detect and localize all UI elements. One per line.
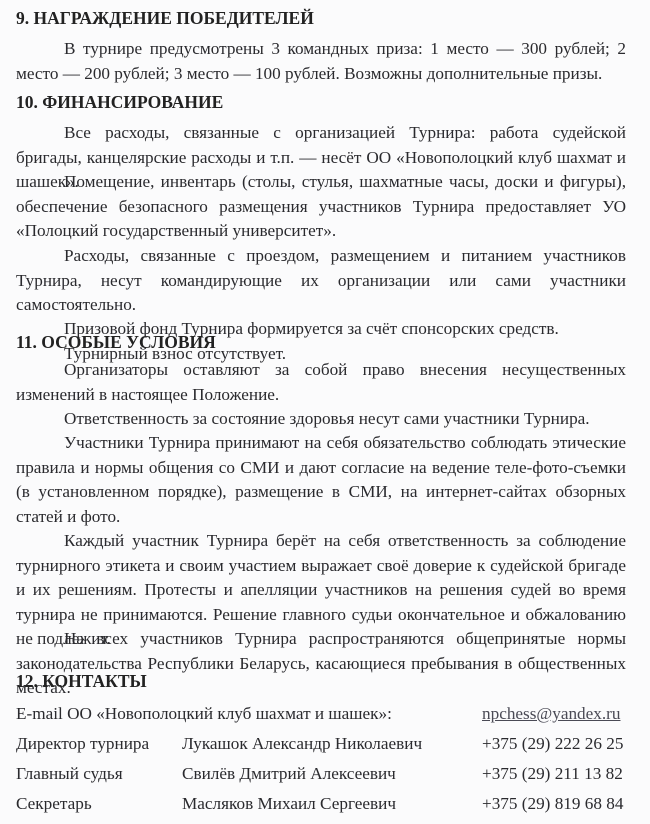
contact-phone: +375 (29) 211 13 82 bbox=[482, 764, 630, 784]
contact-email-row: E-mail ОО «Новополоцкий клуб шахмат и ша… bbox=[16, 699, 630, 729]
section-10-paragraph-3: Расходы, связанные с проездом, размещени… bbox=[16, 244, 626, 318]
contact-phone: +375 (29) 819 68 84 bbox=[482, 794, 630, 814]
section-9-title: 9. НАГРАЖДЕНИЕ ПОБЕДИТЕЛЕЙ bbox=[16, 8, 314, 29]
section-11-title: 11. ОСОБЫЕ УСЛОВИЯ bbox=[16, 332, 216, 353]
contact-row: Главный судья Свилёв Дмитрий Алексеевич … bbox=[16, 759, 630, 789]
contact-role: Секретарь bbox=[16, 794, 182, 814]
section-10-title: 10. ФИНАНСИРОВАНИЕ bbox=[16, 92, 223, 113]
contact-name: Масляков Михаил Сергеевич bbox=[182, 794, 482, 814]
contact-name: Свилёв Дмитрий Алексеевич bbox=[182, 764, 482, 784]
section-12-title: 12. КОНТАКТЫ bbox=[16, 671, 147, 692]
contact-name: Лукашок Александр Николаевич bbox=[182, 734, 482, 754]
contact-role: Директор турнира bbox=[16, 734, 182, 754]
contact-phone: +375 (29) 222 26 25 bbox=[482, 734, 630, 754]
email-label: E-mail ОО «Новополоцкий клуб шахмат и ша… bbox=[16, 704, 482, 724]
section-9-paragraph: В турнире предусмотрены 3 командных приз… bbox=[16, 37, 626, 86]
contact-role: Главный судья bbox=[16, 764, 182, 784]
section-11-paragraph-3: Участники Турнира принимают на себя обяз… bbox=[16, 431, 626, 529]
section-11-paragraph-1: Организаторы оставляют за собой право вн… bbox=[16, 358, 626, 407]
email-link[interactable]: npchess@yandex.ru bbox=[482, 704, 630, 724]
contact-row: Директор турнира Лукашок Александр Никол… bbox=[16, 729, 630, 759]
contact-row: Секретарь Масляков Михаил Сергеевич +375… bbox=[16, 789, 630, 819]
section-11-paragraph-2: Ответственность за состояние здоровья не… bbox=[16, 407, 626, 432]
section-10-paragraph-2: Помещение, инвентарь (столы, стулья, шах… bbox=[16, 170, 626, 244]
contacts-table: E-mail ОО «Новополоцкий клуб шахмат и ша… bbox=[16, 699, 630, 819]
